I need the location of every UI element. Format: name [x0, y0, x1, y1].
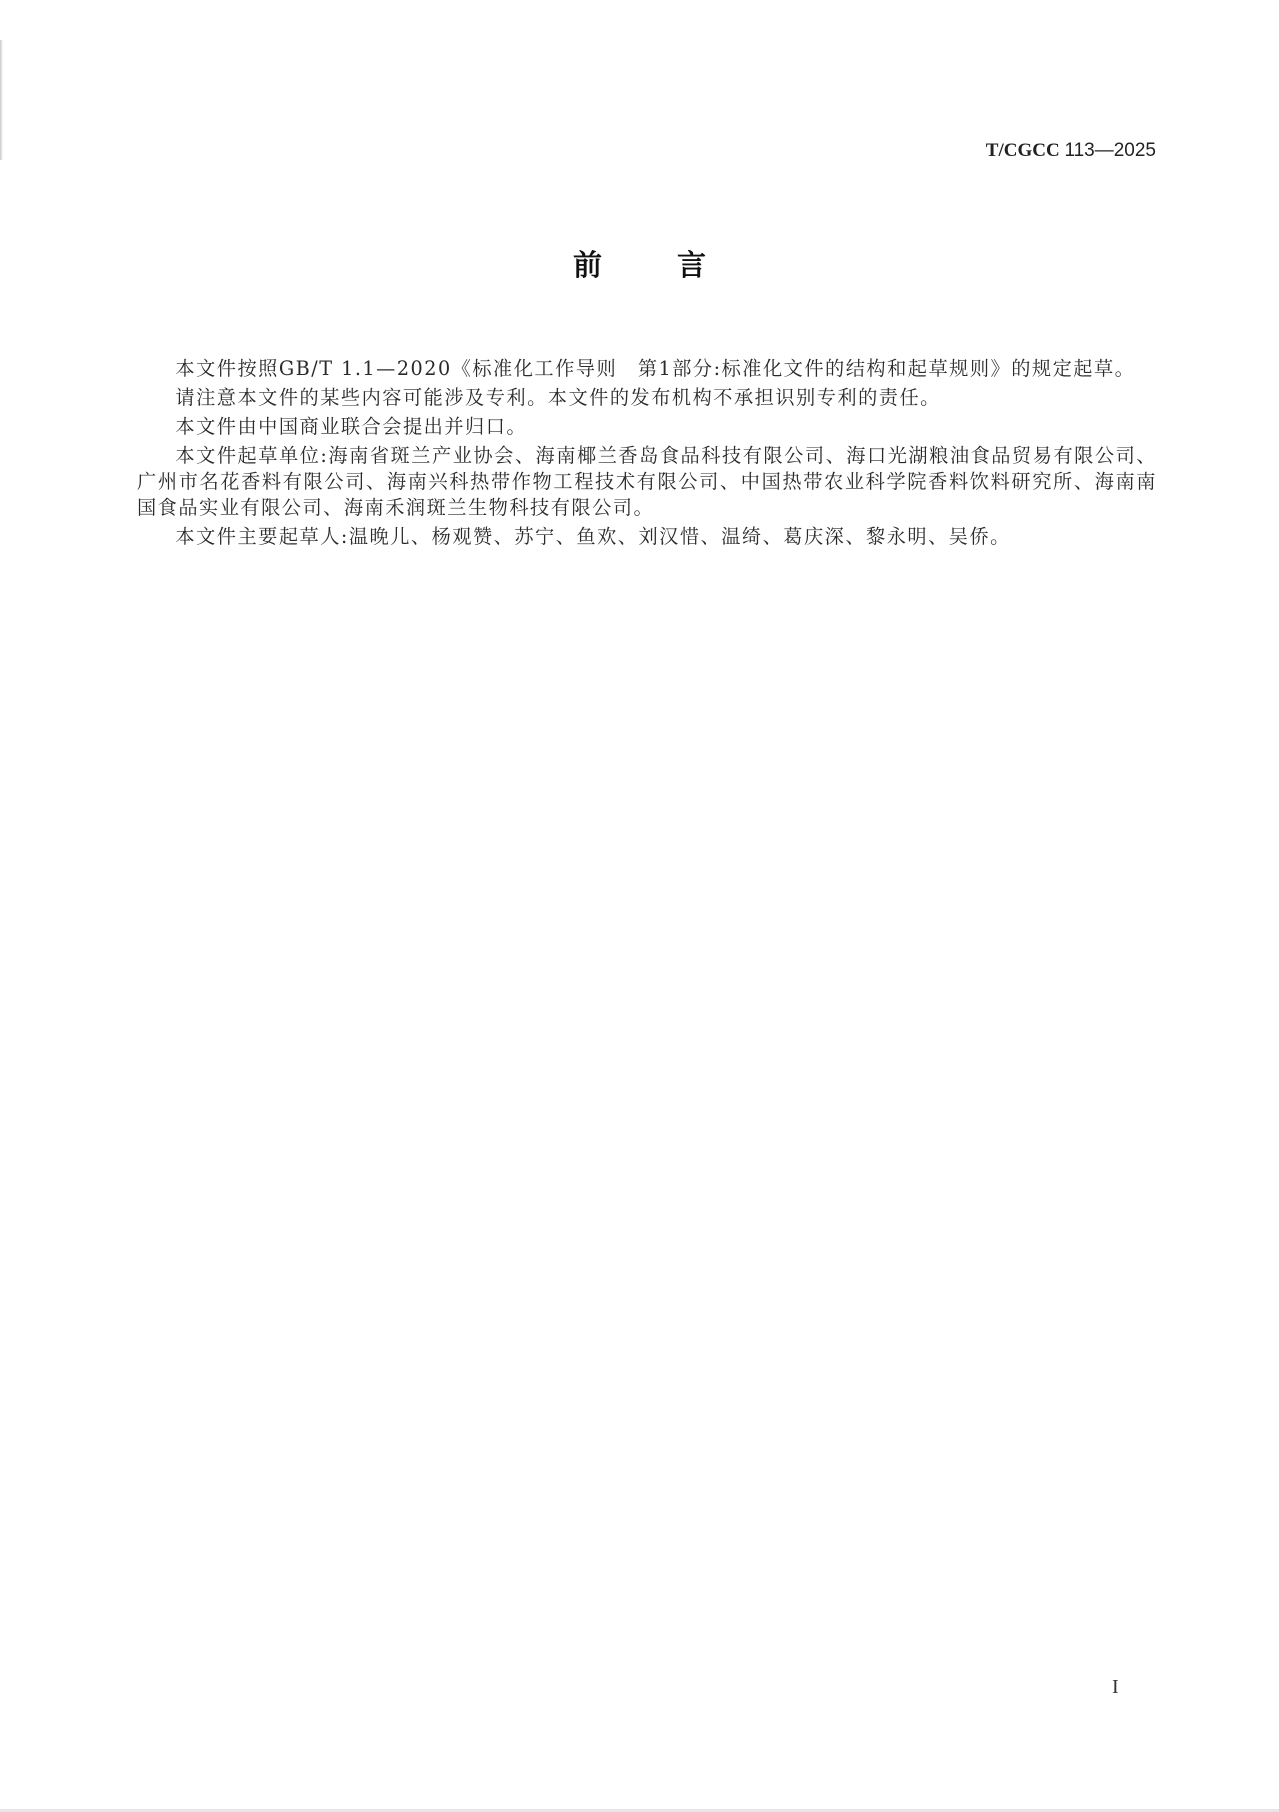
title-char-1: 前: [573, 243, 602, 284]
page-number: I: [1112, 1676, 1119, 1699]
document-code-prefix: T/CGCC: [986, 140, 1060, 161]
document-code: T/CGCC 113—2025: [986, 140, 1156, 162]
paragraph-drafting-rules: 本文件按照GB/T 1.1—2020《标准化工作导则 第1部分:标准化文件的结构…: [137, 356, 1157, 382]
paragraph-proposer: 本文件由中国商业联合会提出并归口。: [137, 414, 1157, 440]
page-title: 前言: [0, 243, 1279, 284]
document-code-number: 113—2025: [1064, 140, 1156, 161]
paragraph-drafting-units: 本文件起草单位:海南省斑兰产业协会、海南椰兰香岛食品科技有限公司、海口光湖粮油食…: [137, 443, 1157, 521]
paragraph-patent-notice: 请注意本文件的某些内容可能涉及专利。本文件的发布机构不承担识别专利的责任。: [137, 385, 1157, 411]
title-char-2: 言: [677, 243, 706, 284]
scan-edge-shadow: [0, 40, 3, 160]
paragraph-drafters: 本文件主要起草人:温晚儿、杨观赞、苏宁、鱼欢、刘汉惜、温绮、葛庆深、黎永明、吴侨…: [137, 524, 1157, 550]
foreword-body: 本文件按照GB/T 1.1—2020《标准化工作导则 第1部分:标准化文件的结构…: [137, 356, 1157, 553]
